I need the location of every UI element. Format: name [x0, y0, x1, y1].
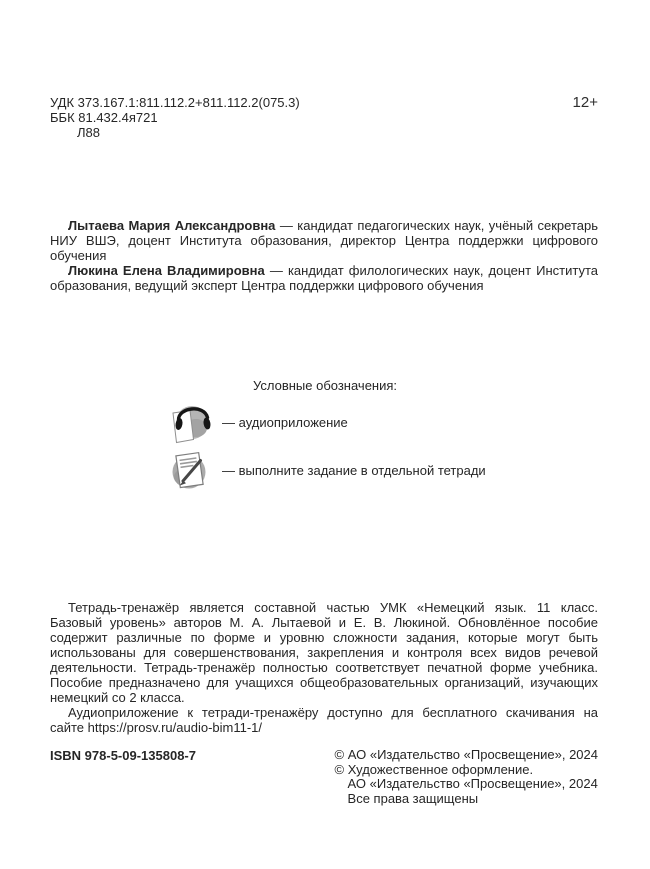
bibliographic-header: УДК 373.167.1:811.112.2+811.112.2(075.3)… [50, 95, 598, 140]
copyright-line: АО «Издательство «Просвещение», 2024 [335, 777, 598, 792]
annotation-paragraph: Тетрадь-тренажёр является составной част… [50, 600, 598, 705]
notebook-pencil-icon [167, 447, 213, 493]
legend-item-notebook: — выполните задание в отдельной тетради [167, 447, 486, 493]
age-rating-badge: 12+ [573, 95, 598, 111]
legend-label: — аудиоприложение [222, 415, 348, 430]
annotation-section: Тетрадь-тренажёр является составной част… [50, 600, 598, 735]
copyright-line: Все права защищены [335, 792, 598, 807]
copyright-block: © АО «Издательство «Просвещение», 2024 ©… [335, 748, 598, 806]
author-name: Люкина Елена Владимировна [68, 263, 265, 278]
isbn: ISBN 978-5-09-135808-7 [50, 748, 196, 763]
udk-code: УДК 373.167.1:811.112.2+811.112.2(075.3) [50, 95, 300, 110]
author-entry: Лытаева Мария Александровна — кандидат п… [50, 218, 598, 263]
copyright-line: © Художественное оформление. [335, 763, 598, 778]
author-sign-code: Л88 [50, 125, 300, 140]
legend-items: — аудиоприложение — выполните зада [167, 399, 486, 495]
headphones-audio-icon [167, 399, 213, 445]
book-imprint-page: УДК 373.167.1:811.112.2+811.112.2(075.3)… [0, 0, 650, 869]
legend-title: Условные обозначения: [0, 378, 650, 393]
author-name: Лытаева Мария Александровна [68, 218, 275, 233]
bibliographic-codes: УДК 373.167.1:811.112.2+811.112.2(075.3)… [50, 95, 300, 140]
annotation-paragraph-audio: Аудиоприложение к тетради-тренажёру дост… [50, 705, 598, 735]
authors-section: Лытаева Мария Александровна — кандидат п… [50, 218, 598, 293]
imprint-footer: ISBN 978-5-09-135808-7 © АО «Издательств… [50, 748, 598, 806]
bbk-code: ББК 81.432.4я721 [50, 110, 300, 125]
author-entry: Люкина Елена Владимировна — кандидат фил… [50, 263, 598, 293]
legend-label: — выполните задание в отдельной тетради [222, 463, 486, 478]
copyright-line: © АО «Издательство «Просвещение», 2024 [335, 748, 598, 763]
legend-item-audio: — аудиоприложение [167, 399, 486, 445]
